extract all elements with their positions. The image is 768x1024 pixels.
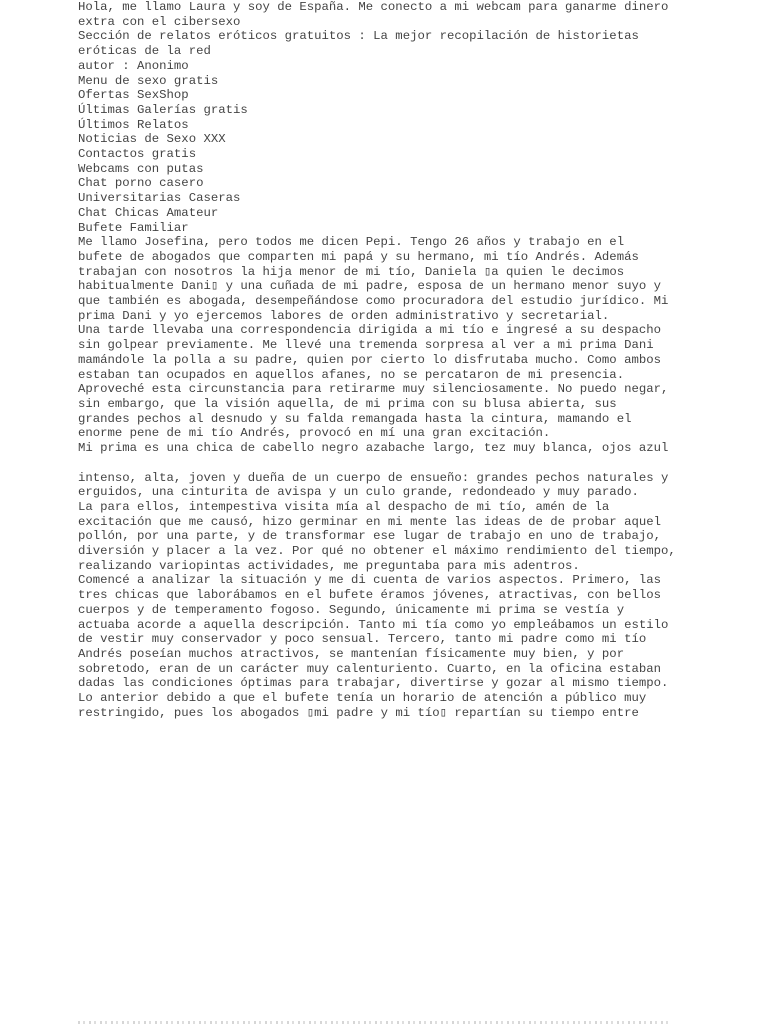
intro-paragraph: Hola, me llamo Laura y soy de España. Me…: [78, 0, 768, 29]
story-title-and-paragraph: Bufete Familiar Me llamo Josefina, pero …: [78, 221, 768, 324]
story-paragraph-5: Comencé a analizar la situación y me di …: [78, 573, 768, 705]
story-paragraph-2: Una tarde llevaba una correspondencia di…: [78, 323, 768, 441]
story-paragraph-3: Mi prima es una chica de cabello negro a…: [78, 441, 768, 500]
site-menu-list: Sección de relatos eróticos gratuitos : …: [78, 29, 768, 161]
chat-links-list: Chat porno casero Universitarias Caseras…: [78, 176, 768, 220]
story-paragraph-6-partial: restringido, pues los abogados ▯mi padre…: [78, 706, 768, 721]
webcams-line: Webcams con putas: [78, 162, 768, 177]
document-page: Hola, me llamo Laura y soy de España. Me…: [0, 0, 768, 1024]
story-paragraph-4: La para ellos, intempestiva visita mía a…: [78, 500, 768, 574]
